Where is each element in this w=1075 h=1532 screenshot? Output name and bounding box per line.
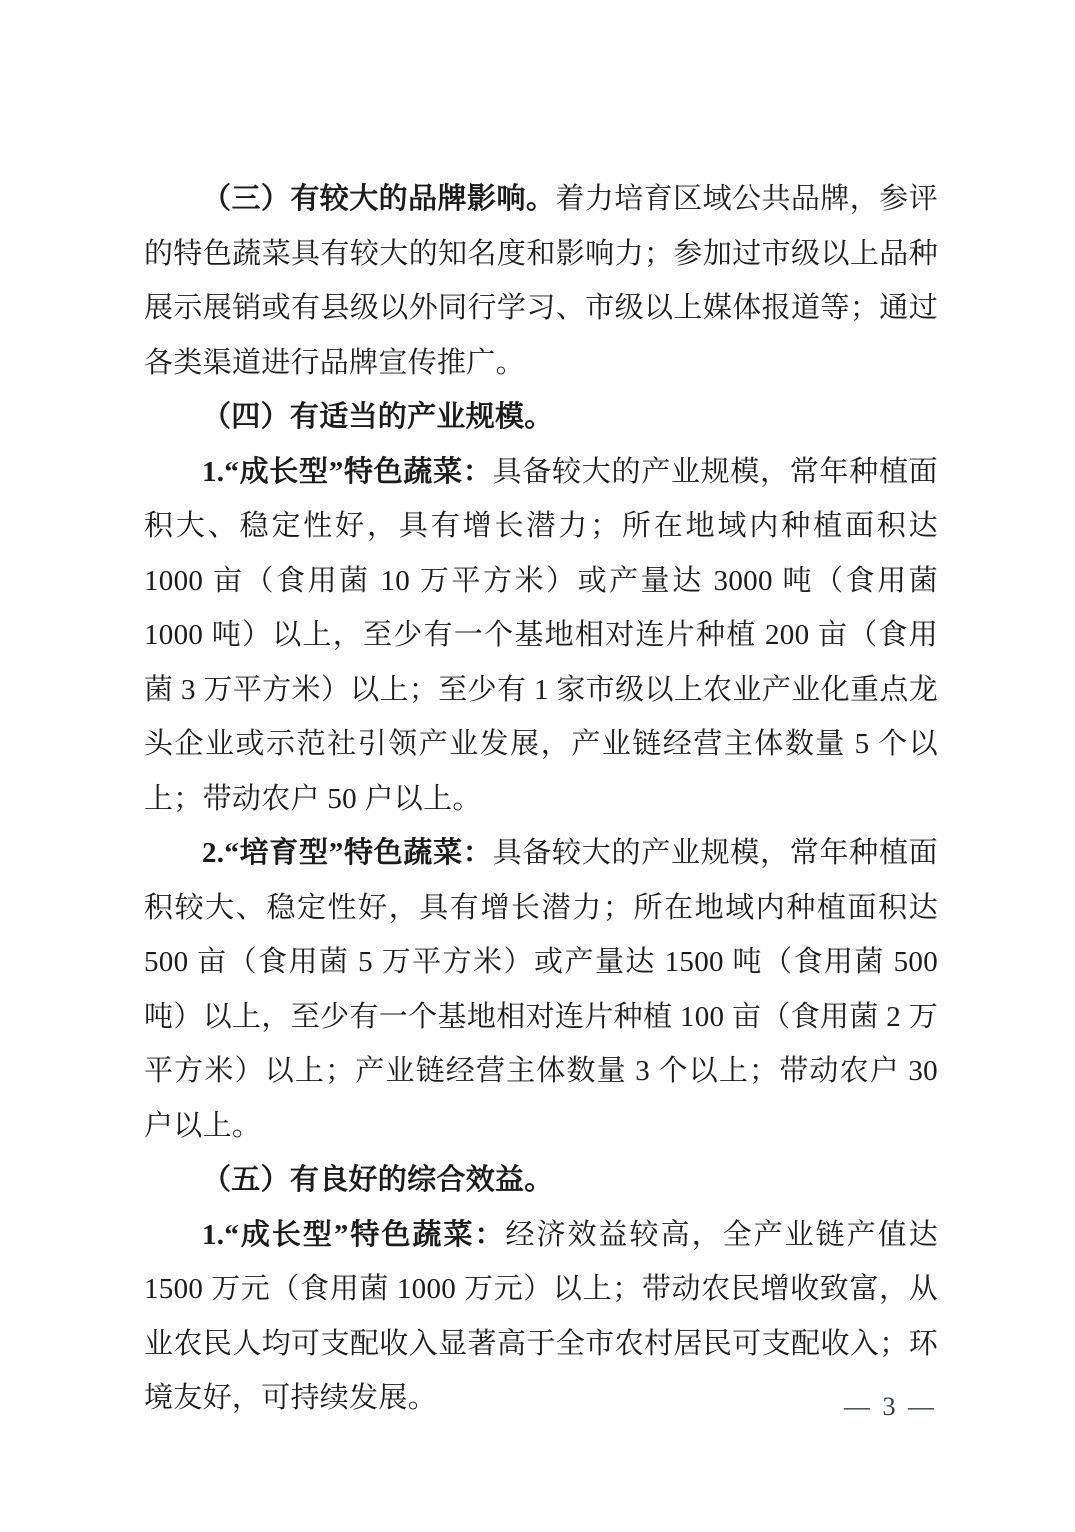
paragraph-text: 具备较大的产业规模，常年种植面积较大、稳定性好，具有增长潜力；所在地域内种植面积… [144, 837, 938, 1142]
paragraph-heading: 1.“成长型”特色蔬菜： [202, 456, 493, 488]
paragraph-brand-influence: （三）有较大的品牌影响。着力培育区域公共品牌，参评的特色蔬菜具有较大的知名度和影… [144, 172, 938, 390]
document-page: （三）有较大的品牌影响。着力培育区域公共品牌，参评的特色蔬菜具有较大的知名度和影… [0, 0, 1075, 1532]
paragraph-growth-type-benefits: 1.“成长型”特色蔬菜：经济效益较高，全产业链产值达 1500 万元（食用菌 1… [144, 1208, 938, 1426]
page-number: — 3 — [844, 1392, 937, 1422]
document-body: （三）有较大的品牌影响。着力培育区域公共品牌，参评的特色蔬菜具有较大的知名度和影… [144, 172, 938, 1426]
paragraph-growth-type-scale: 1.“成长型”特色蔬菜：具备较大的产业规模，常年种植面积大、稳定性好，具有增长潜… [144, 445, 938, 827]
paragraph-heading: 1.“成长型”特色蔬菜： [202, 1219, 506, 1251]
paragraph-comprehensive-benefits-heading: （五）有良好的综合效益。 [144, 1153, 938, 1208]
paragraph-heading: （五）有良好的综合效益。 [202, 1164, 554, 1196]
paragraph-heading: 2.“培育型”特色蔬菜： [202, 837, 493, 869]
paragraph-heading: （四）有适当的产业规模。 [202, 401, 554, 433]
paragraph-cultivation-type-scale: 2.“培育型”特色蔬菜：具备较大的产业规模，常年种植面积较大、稳定性好，具有增长… [144, 826, 938, 1153]
paragraph-industry-scale-heading: （四）有适当的产业规模。 [144, 390, 938, 445]
paragraph-text: 具备较大的产业规模，常年种植面积大、稳定性好，具有增长潜力；所在地域内种植面积达… [144, 456, 938, 815]
paragraph-heading: （三）有较大的品牌影响。 [202, 183, 555, 215]
